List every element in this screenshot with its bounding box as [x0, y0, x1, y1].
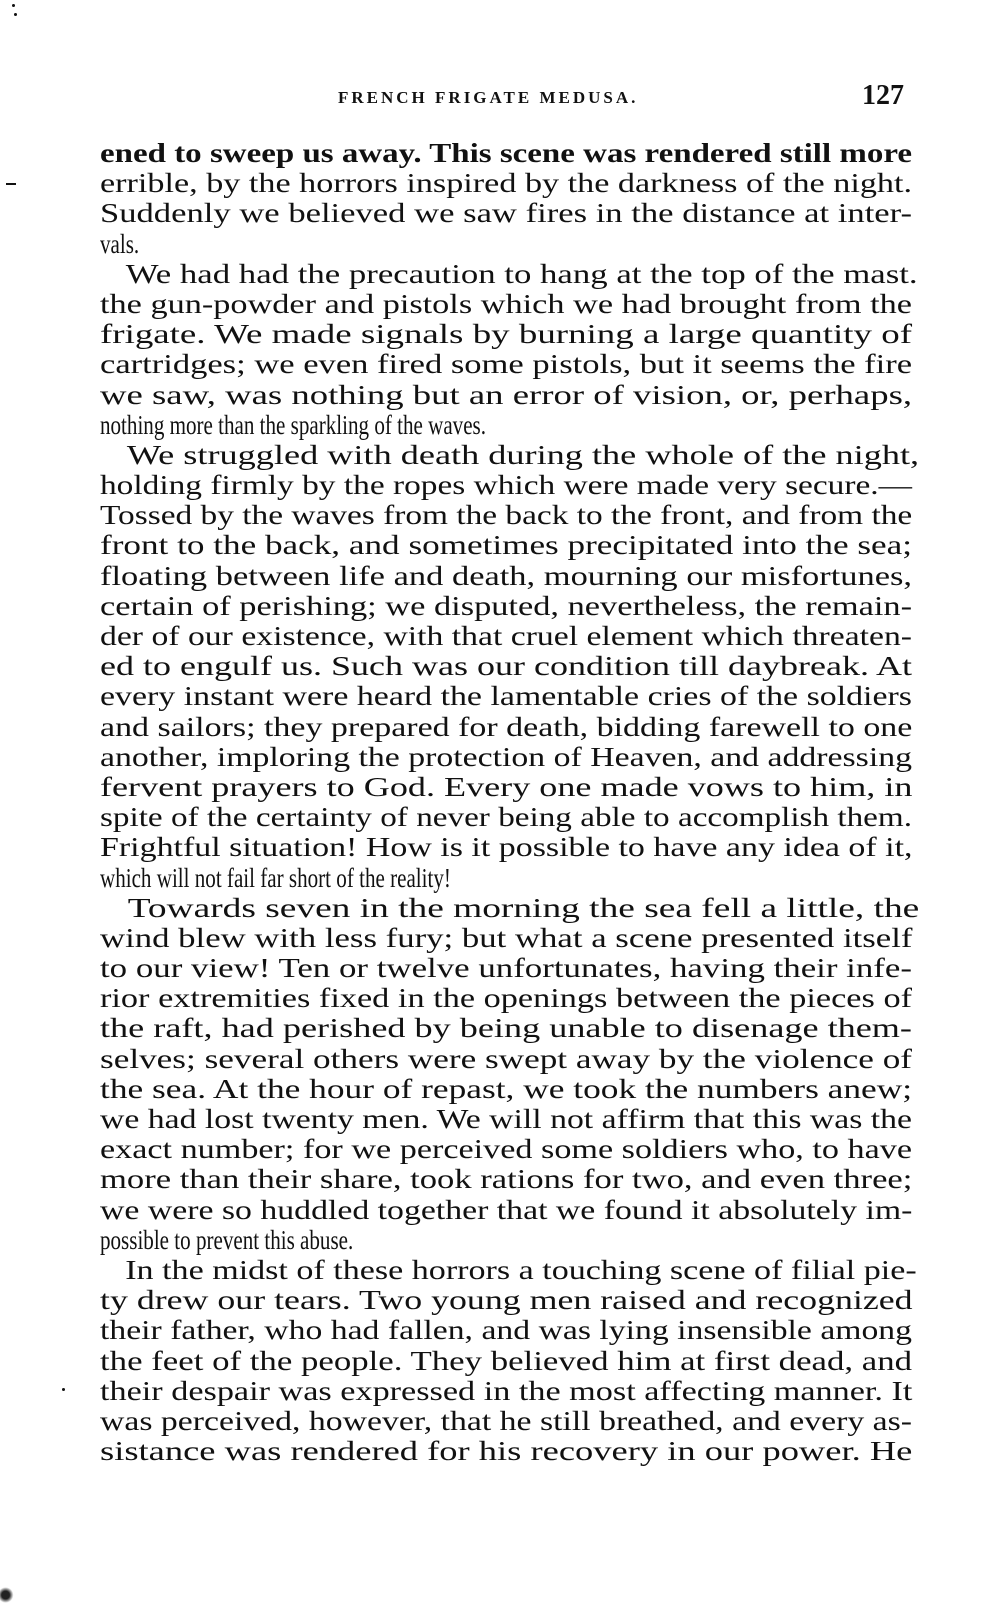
text-line: spite of the certainty of never being ab…: [100, 802, 912, 832]
text-line: rior extremities fixed in the openings b…: [100, 983, 912, 1013]
text-line: certain of perishing; we disputed, never…: [100, 591, 912, 621]
text-line: we had lost twenty men. We will not affi…: [100, 1104, 912, 1134]
text-line: nothing more than the sparkling of the w…: [100, 410, 733, 440]
text-line: another, imploring the protection of Hea…: [100, 742, 912, 772]
text-line: their despair was expressed in the most …: [100, 1376, 912, 1406]
text-line: der of our existence, with that cruel el…: [100, 621, 912, 651]
text-line: possible to prevent this abuse.: [100, 1225, 733, 1255]
text-line: we were so huddled together that we foun…: [100, 1195, 912, 1225]
text-line: cartridges; we even fired some pistols, …: [100, 349, 912, 379]
scan-speck: [12, 4, 15, 7]
text-line: selves; several others were swept away b…: [100, 1044, 912, 1074]
paragraph-start-line: We struggled with death during the whole…: [100, 440, 912, 470]
text-line: ed to engulf us. Such was our condition …: [100, 651, 912, 681]
text-line: ty drew our tears. Two young men raised …: [100, 1285, 912, 1315]
paragraph-start-line: Towards seven in the morning the sea fel…: [100, 893, 912, 923]
text-line: their father, who had fallen, and was ly…: [100, 1315, 912, 1345]
text-line: front to the back, and sometimes precipi…: [100, 530, 912, 560]
text-line: wind blew with less fury; but what a sce…: [100, 923, 912, 953]
text-line: Frightful situation! How is it possible …: [100, 832, 912, 862]
paragraph-start-line: We had had the precaution to hang at the…: [100, 259, 912, 289]
text-line: Suddenly we believed we saw fires in the…: [100, 198, 912, 228]
text-line: fervent prayers to God. Every one made v…: [100, 772, 912, 802]
text-line: to our view! Ten or twelve unfortunates,…: [100, 953, 912, 983]
text-line: ened to sweep us away. This scene was re…: [100, 138, 912, 168]
text-line: errible, by the horrors inspired by the …: [100, 168, 912, 198]
book-page: FRENCH FRIGATE MEDUSA. 127 ened to sweep…: [0, 0, 1000, 1612]
text-line: was perceived, however, that he still br…: [100, 1406, 912, 1436]
text-line: sistance was rendered for his recovery i…: [100, 1436, 912, 1466]
scan-speck: [62, 1388, 65, 1391]
text-line: every instant were heard the lamentable …: [100, 681, 912, 711]
body-text: ened to sweep us away. This scene was re…: [100, 138, 912, 1466]
text-line: holding firmly by the ropes which were m…: [100, 470, 912, 500]
text-line: floating between life and death, mournin…: [100, 561, 912, 591]
text-line: the gun-powder and pistols which we had …: [100, 289, 912, 319]
text-line: Tossed by the waves from the back to the…: [100, 500, 912, 530]
text-line: vals.: [100, 229, 733, 259]
text-line: and sailors; they prepared for death, bi…: [100, 712, 912, 742]
text-line: which will not fail far short of the rea…: [100, 863, 733, 893]
margin-dash-mark: [6, 183, 16, 185]
text-line: the feet of the people. They believed hi…: [100, 1346, 912, 1376]
page-number: 127: [862, 80, 904, 112]
text-line: the sea. At the hour of repast, we took …: [100, 1074, 912, 1104]
text-line: the raft, had perished by being unable t…: [100, 1013, 912, 1043]
text-line: more than their share, took rations for …: [100, 1164, 912, 1194]
running-title: FRENCH FRIGATE MEDUSA.: [338, 88, 638, 108]
text-line: we saw, was nothing but an error of visi…: [100, 380, 912, 410]
scan-smudge: [0, 1585, 14, 1605]
scan-speck: [14, 13, 17, 16]
paragraph-start-line: In the midst of these horrors a touching…: [100, 1255, 912, 1285]
text-line: frigate. We made signals by burning a la…: [100, 319, 912, 349]
text-line: exact number; for we perceived some sold…: [100, 1134, 912, 1164]
